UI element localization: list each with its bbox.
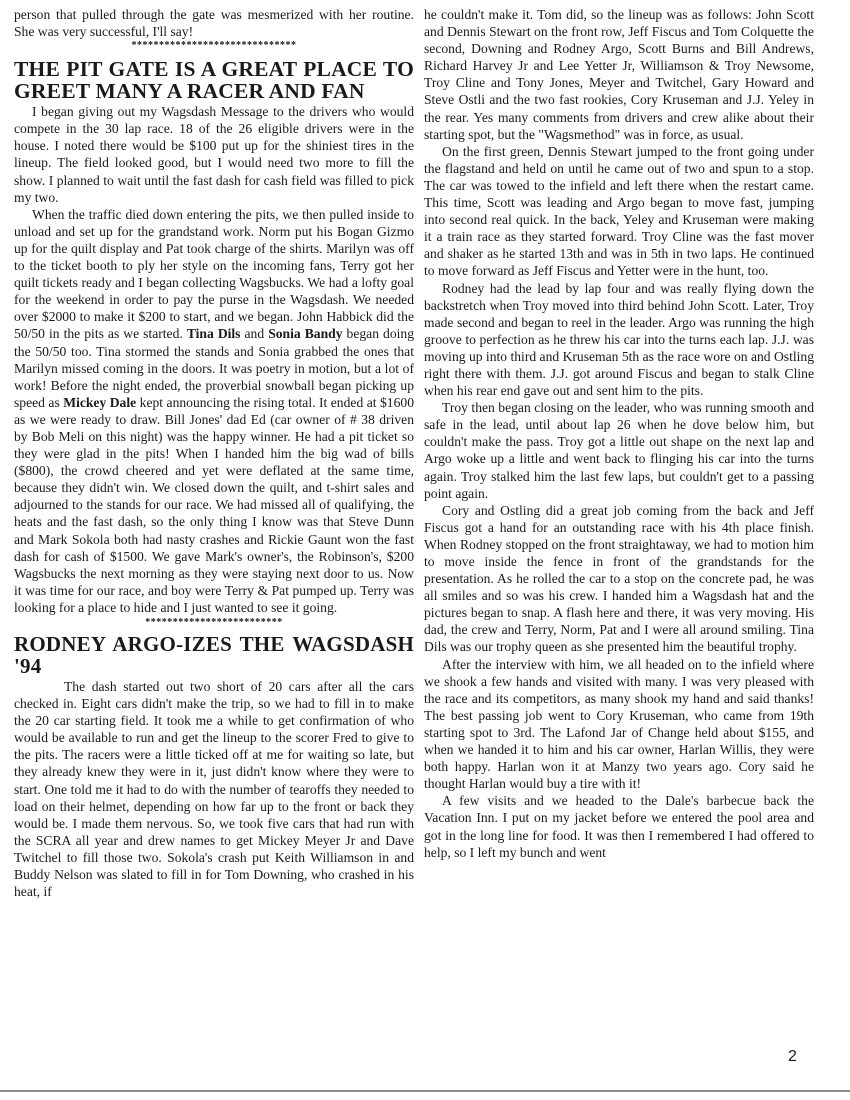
bottom-rule (0, 1090, 850, 1092)
bold-name: Sonia Bandy (268, 326, 342, 341)
bold-name: Tina Dils (187, 326, 241, 341)
paragraph: After the interview with him, we all hea… (424, 656, 814, 793)
paragraph: On the first green, Dennis Stewart jumpe… (424, 143, 814, 280)
section-heading-rodney-argo: RODNEY ARGO-IZES THE WAGSDASH '94 (14, 633, 414, 677)
separator-stars: ************************* (14, 616, 414, 633)
text-span: kept announcing the rising total. It end… (14, 395, 414, 615)
paragraph: he couldn't make it. Tom did, so the lin… (424, 6, 814, 143)
intro-paragraph: person that pulled through the gate was … (14, 6, 414, 40)
newsletter-page: person that pulled through the gate was … (0, 0, 850, 1100)
right-column: he couldn't make it. Tom did, so the lin… (424, 6, 814, 861)
section-heading-pit-gate: THE PIT GATE IS A GREAT PLACE TO GREET M… (14, 58, 414, 102)
text-span: and (240, 326, 268, 341)
left-column: person that pulled through the gate was … (14, 6, 414, 900)
paragraph: I began giving out my Wagsdash Message t… (14, 103, 414, 206)
separator-stars: ****************************** (14, 40, 414, 56)
bold-name: Mickey Dale (63, 395, 136, 410)
text-span: When the traffic died down entering the … (14, 207, 414, 342)
page-number: 2 (788, 1048, 797, 1066)
paragraph: A few visits and we headed to the Dale's… (424, 792, 814, 860)
paragraph: Troy then began closing on the leader, w… (424, 399, 814, 502)
paragraph: The dash started out two short of 20 car… (14, 678, 414, 900)
paragraph: When the traffic died down entering the … (14, 206, 414, 616)
paragraph: Cory and Ostling did a great job coming … (424, 502, 814, 656)
paragraph: Rodney had the lead by lap four and was … (424, 280, 814, 400)
